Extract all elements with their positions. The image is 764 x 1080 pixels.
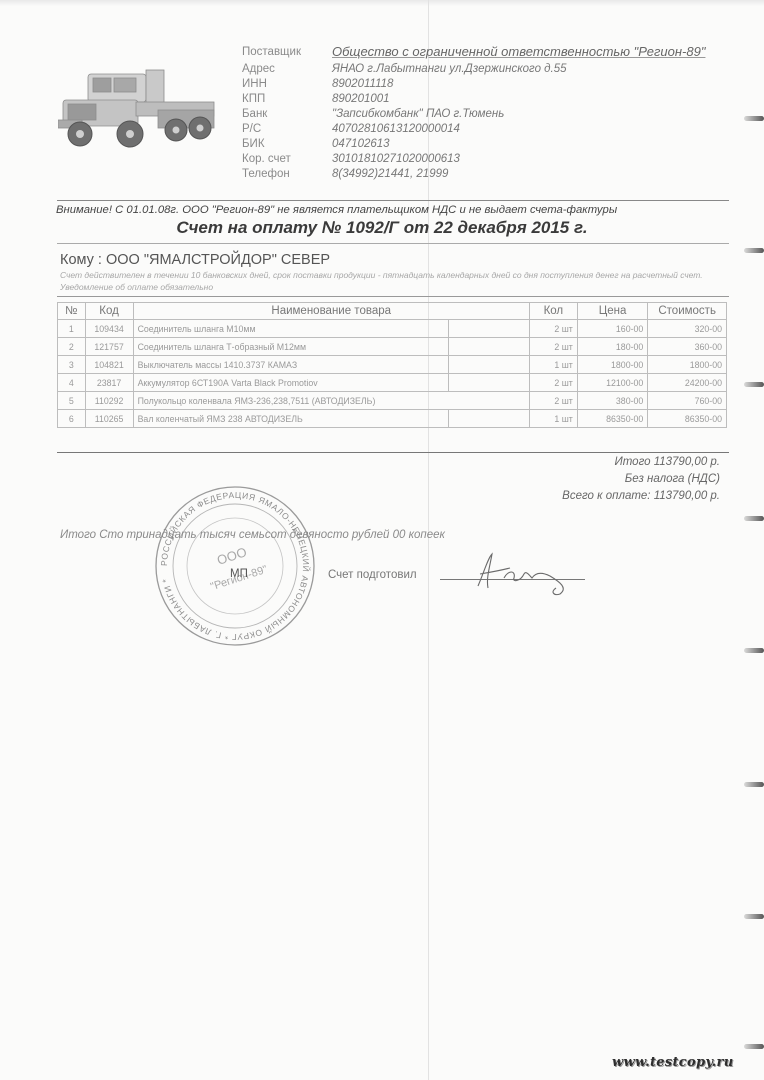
- cell-num: 5: [58, 392, 86, 410]
- tax-note: Без налога (НДС): [562, 471, 720, 488]
- binder-hole-mark: [744, 382, 764, 387]
- supplier-bank-row: Банк "Запсибкомбанк" ПАО г.Тюмень: [242, 107, 732, 122]
- supplier-name: Общество с ограниченной ответственностью…: [332, 44, 705, 62]
- subtotal: Итого 113790,00 р.: [562, 454, 720, 471]
- validity-terms: Счет действителен в течении 10 банковски…: [60, 270, 730, 293]
- prepared-by-label: Счет подготовил: [328, 569, 417, 581]
- corr-account-value: 30101810271020000613: [332, 152, 460, 167]
- account-value: 40702810613120000014: [332, 122, 460, 137]
- table-row: 5 110292 Полукольцо коленвала ЯМЗ-236,23…: [58, 392, 727, 410]
- cell-price: 180-00: [577, 338, 647, 356]
- company-stamp: РОССИЙСКАЯ ФЕДЕРАЦИЯ ЯМАЛО-НЕНЕЦКИЙ АВТО…: [151, 482, 319, 650]
- cell-empty: [449, 338, 530, 356]
- cell-qty: 1 шт: [529, 410, 577, 428]
- account-label: Р/С: [242, 122, 332, 137]
- supplier-inn-row: ИНН 8902011118: [242, 77, 732, 92]
- address-value: ЯНАО г.Лабытнанги ул.Дзержинского д.55: [332, 62, 567, 77]
- signature-scribble: [450, 548, 580, 598]
- cell-name: Соединитель шланга М10мм: [133, 320, 449, 338]
- stamp-place-label: МП: [230, 568, 248, 580]
- bik-label: БИК: [242, 137, 332, 152]
- cell-code: 23817: [85, 374, 133, 392]
- divider: [57, 296, 729, 297]
- bank-value: "Запсибкомбанк" ПАО г.Тюмень: [332, 107, 504, 122]
- cell-qty: 1 шт: [529, 356, 577, 374]
- bank-label: Банк: [242, 107, 332, 122]
- cell-code: 110265: [85, 410, 133, 428]
- cell-empty: [449, 374, 530, 392]
- table-header-row: № Код Наименование товара Кол Цена Стоим…: [58, 303, 727, 320]
- cell-sum: 760-00: [648, 392, 727, 410]
- svg-text:ООО: ООО: [215, 544, 248, 568]
- table-row: 6 110265 Вал коленчатый ЯМЗ 238 АВТОДИЗЕ…: [58, 410, 727, 428]
- kpp-label: КПП: [242, 92, 332, 107]
- corr-account-label: Кор. счет: [242, 152, 332, 167]
- inn-label: ИНН: [242, 77, 332, 92]
- truck-logo-image: [58, 62, 218, 152]
- cell-num: 2: [58, 338, 86, 356]
- header-qty: Кол: [529, 303, 577, 320]
- cell-price: 1800-00: [577, 356, 647, 374]
- supplier-corr-account-row: Кор. счет 30101810271020000613: [242, 152, 732, 167]
- binder-hole-mark: [744, 648, 764, 653]
- header-num: №: [58, 303, 86, 320]
- binder-hole-mark: [744, 516, 764, 521]
- header-price: Цена: [577, 303, 647, 320]
- supplier-phone-row: Телефон 8(34992)21441, 21999: [242, 167, 732, 182]
- table-row: 1 109434 Соединитель шланга М10мм 2 шт 1…: [58, 320, 727, 338]
- cell-num: 3: [58, 356, 86, 374]
- bik-value: 047102613: [332, 137, 390, 152]
- cell-num: 1: [58, 320, 86, 338]
- binder-hole-mark: [744, 782, 764, 787]
- header-code: Код: [85, 303, 133, 320]
- binder-hole-mark: [744, 1044, 764, 1049]
- recipient: Кому : ООО "ЯМАЛСТРОЙДОР" СЕВЕР: [60, 252, 330, 268]
- divider: [57, 200, 729, 201]
- cell-qty: 2 шт: [529, 338, 577, 356]
- cell-sum: 86350-00: [648, 410, 727, 428]
- cell-qty: 2 шт: [529, 320, 577, 338]
- inn-value: 8902011118: [332, 77, 393, 92]
- cell-empty: [449, 410, 530, 428]
- cell-code: 110292: [85, 392, 133, 410]
- divider: [57, 243, 729, 244]
- header-sum: Стоимость: [648, 303, 727, 320]
- kpp-value: 890201001: [332, 92, 390, 107]
- svg-text:РОССИЙСКАЯ ФЕДЕРАЦИЯ ЯМАЛО-НЕН: РОССИЙСКАЯ ФЕДЕРАЦИЯ ЯМАЛО-НЕНЕЦКИЙ АВТО…: [159, 490, 312, 642]
- cell-qty: 2 шт: [529, 392, 577, 410]
- totals-block: Итого 113790,00 р. Без налога (НДС) Всег…: [562, 454, 720, 505]
- phone-label: Телефон: [242, 167, 332, 182]
- cell-name: Соединитель шланга Т-образный М12мм: [133, 338, 449, 356]
- cell-sum: 320-00: [648, 320, 727, 338]
- cell-price: 380-00: [577, 392, 647, 410]
- cell-sum: 360-00: [648, 338, 727, 356]
- cell-code: 104821: [85, 356, 133, 374]
- binder-hole-mark: [744, 914, 764, 919]
- vat-notice: Внимание! С 01.01.08г. ООО "Регион-89" н…: [56, 204, 746, 216]
- cell-num: 6: [58, 410, 86, 428]
- cell-num: 4: [58, 374, 86, 392]
- supplier-details: Поставщик Общество с ограниченной ответс…: [242, 44, 732, 182]
- binder-hole-mark: [744, 248, 764, 253]
- address-label: Адрес: [242, 62, 332, 77]
- amount-in-words: Итого Сто тринадцать тысяч семьсот девян…: [60, 529, 445, 541]
- cell-empty: [449, 356, 530, 374]
- cell-code: 109434: [85, 320, 133, 338]
- cell-name: Вал коленчатый ЯМЗ 238 АВТОДИЗЕЛЬ: [133, 410, 449, 428]
- supplier-account-row: Р/С 40702810613120000014: [242, 122, 732, 137]
- cell-price: 12100-00: [577, 374, 647, 392]
- table-row: 3 104821 Выключатель массы 1410.3737 КАМ…: [58, 356, 727, 374]
- supplier-row: Поставщик Общество с ограниченной ответс…: [242, 44, 732, 62]
- cell-code: 121757: [85, 338, 133, 356]
- grand-total: Всего к оплате: 113790,00 р.: [562, 488, 720, 505]
- items-table: № Код Наименование товара Кол Цена Стоим…: [57, 302, 727, 428]
- cell-empty: [449, 320, 530, 338]
- cell-sum: 24200-00: [648, 374, 727, 392]
- cell-price: 86350-00: [577, 410, 647, 428]
- cell-qty: 2 шт: [529, 374, 577, 392]
- cell-name: Полукольцо коленвала ЯМЗ-236,238,7511 (А…: [133, 392, 529, 410]
- divider: [57, 452, 729, 453]
- invoice-title: Счет на оплату № 1092/Г от 22 декабря 20…: [0, 218, 764, 238]
- header-name: Наименование товара: [133, 303, 529, 320]
- cell-name: Выключатель массы 1410.3737 КАМАЗ: [133, 356, 449, 374]
- phone-value: 8(34992)21441, 21999: [332, 167, 448, 182]
- watermark: www.testcopy.ru: [612, 1055, 733, 1070]
- cell-sum: 1800-00: [648, 356, 727, 374]
- scan-top-edge: [0, 0, 764, 6]
- cell-name: Аккумулятор 6СТ190А Varta Black Promotio…: [133, 374, 449, 392]
- binder-hole-mark: [744, 116, 764, 121]
- supplier-address-row: Адрес ЯНАО г.Лабытнанги ул.Дзержинского …: [242, 62, 732, 77]
- supplier-kpp-row: КПП 890201001: [242, 92, 732, 107]
- cell-price: 160-00: [577, 320, 647, 338]
- supplier-bik-row: БИК 047102613: [242, 137, 732, 152]
- table-row: 4 23817 Аккумулятор 6СТ190А Varta Black …: [58, 374, 727, 392]
- supplier-label: Поставщик: [242, 44, 332, 62]
- table-row: 2 121757 Соединитель шланга Т-образный М…: [58, 338, 727, 356]
